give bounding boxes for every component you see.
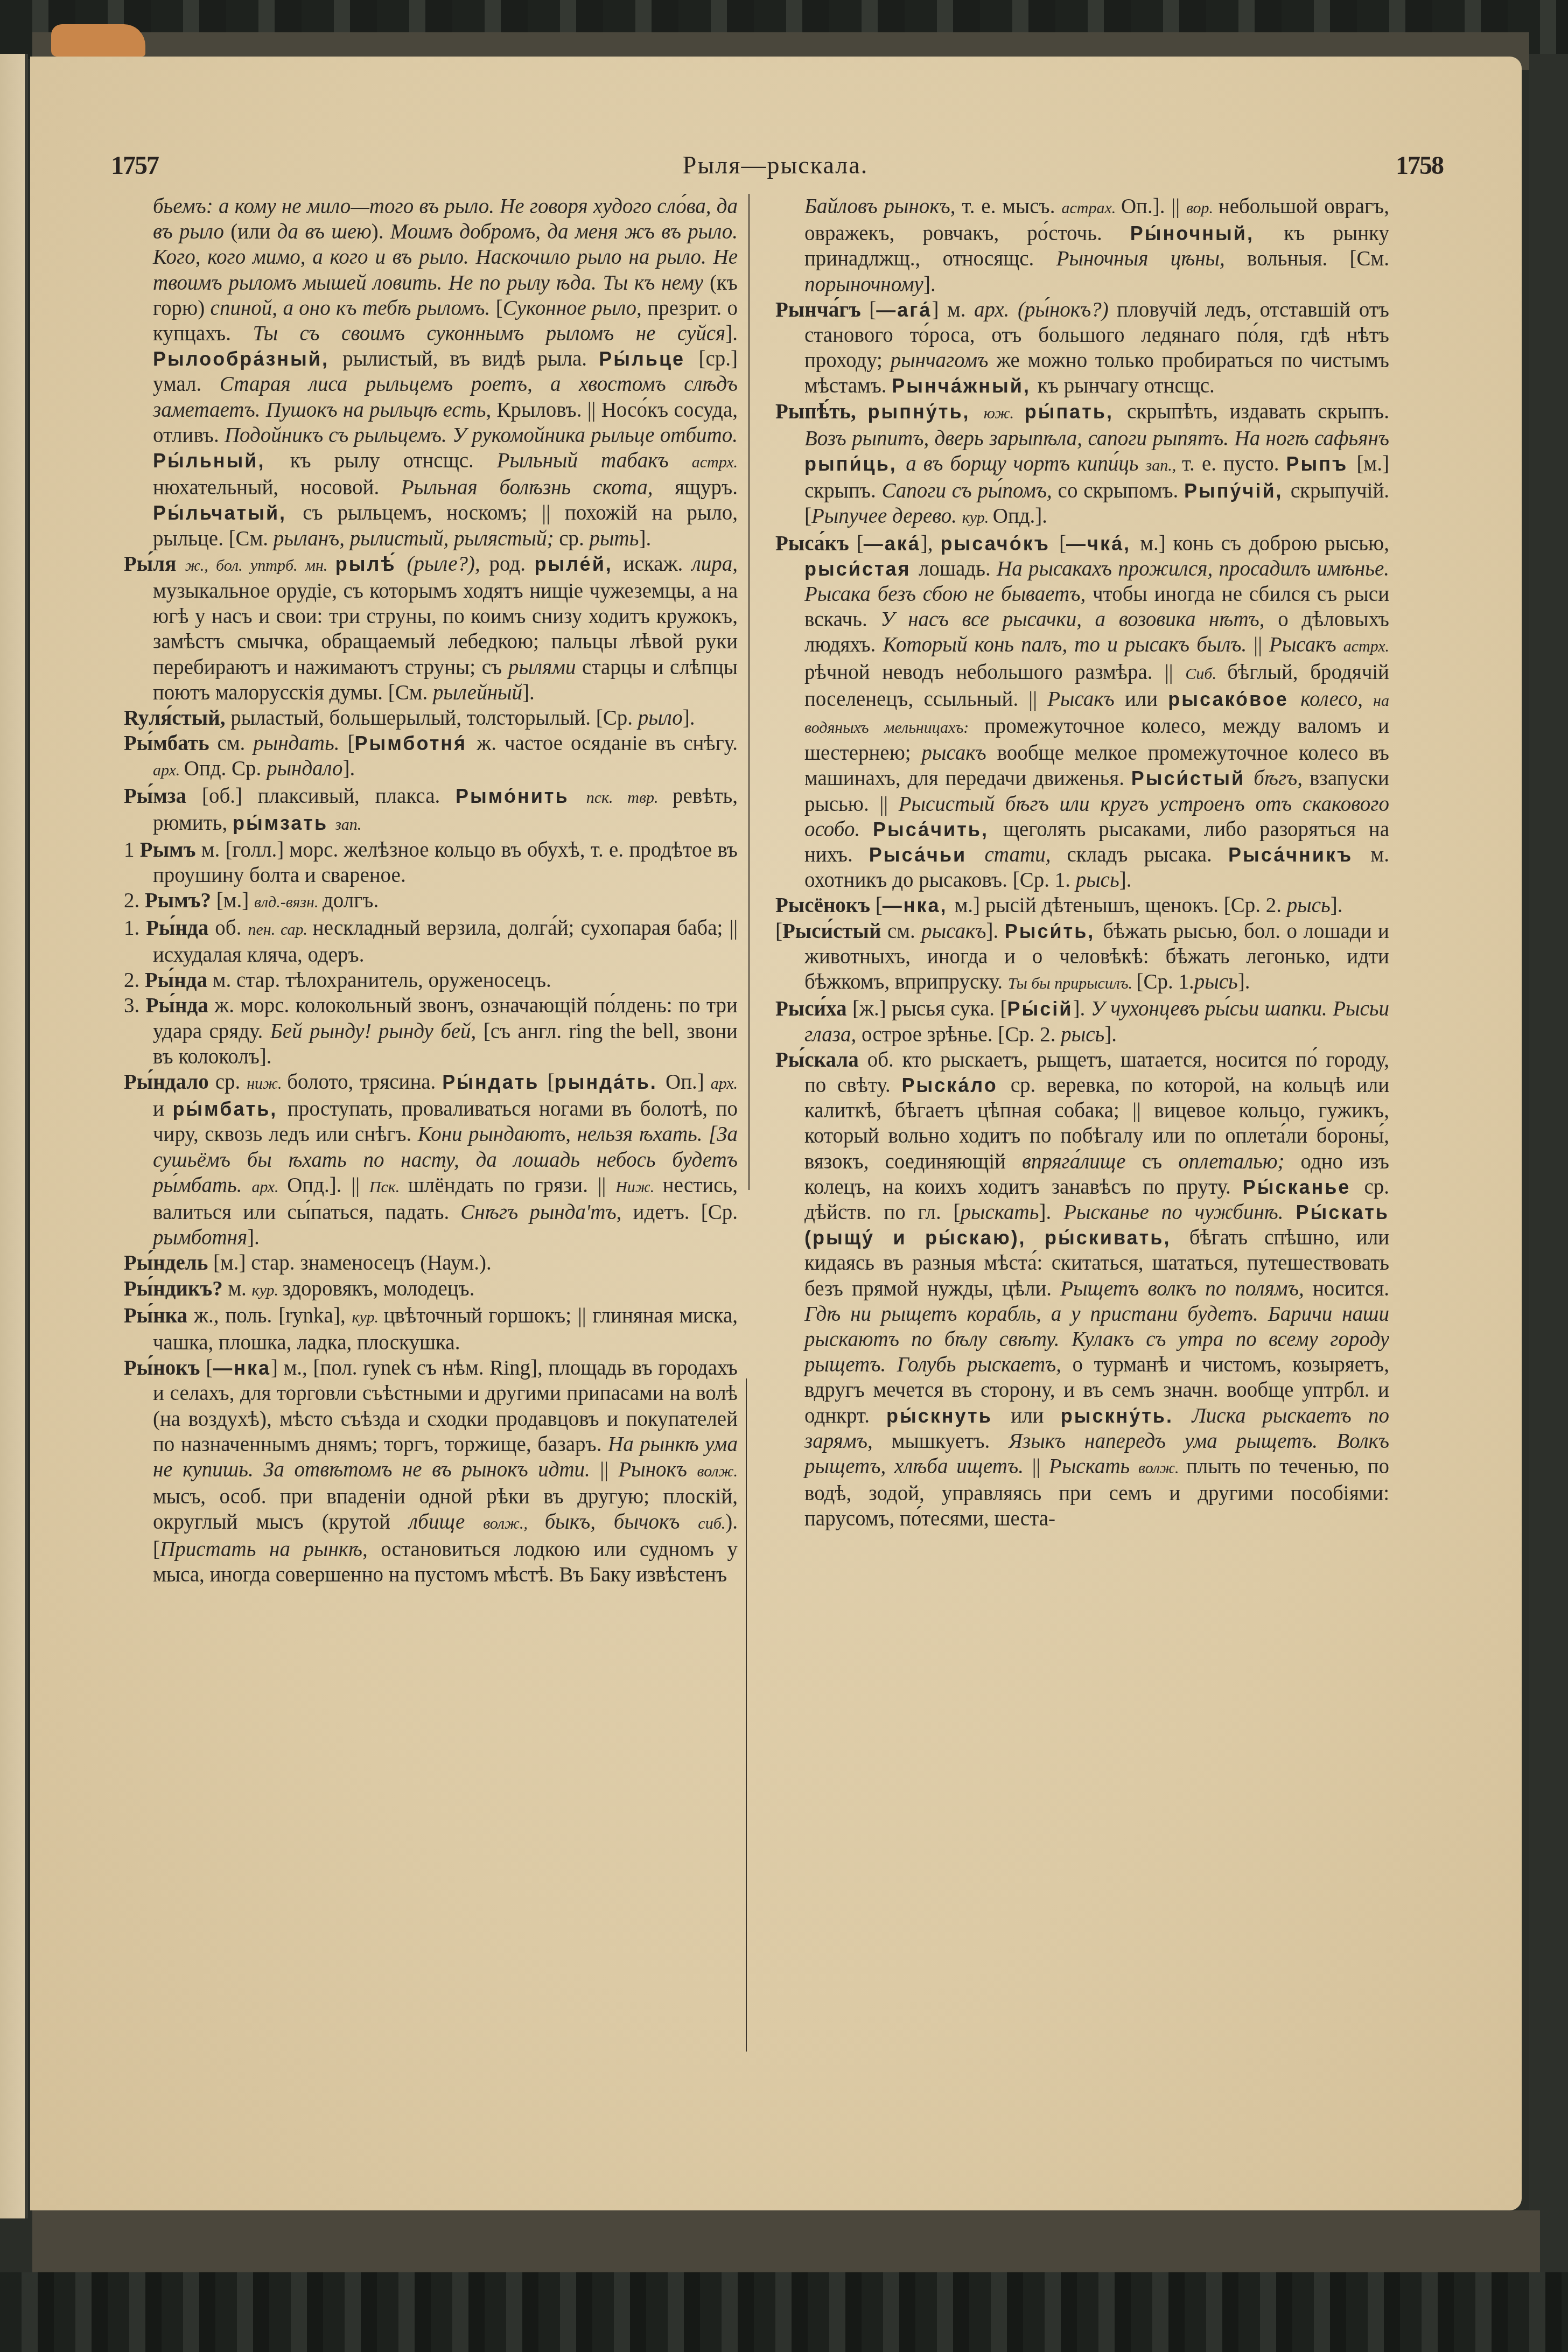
dictionary-entry: Рысёнокъ [—нка, м.] рысій дѣтенышъ, щено… [775, 893, 1389, 918]
definition-text: ж. частое осяданіе въ снѣгу. [477, 732, 738, 755]
definition-text: [ж.] рысья сука. [ [852, 997, 1007, 1020]
region-label: ж., бол. уптрб. мн. [185, 557, 335, 575]
definition-text: нюхательный, носовой. [153, 476, 401, 499]
region-label: зап., [1145, 457, 1182, 474]
subentry-word: Рыса́чникъ [1228, 844, 1371, 866]
example-italic: Который конь палъ, то и рысакъ былъ. [883, 633, 1254, 656]
example-italic: (рыле?), [407, 552, 489, 576]
definition-text: ]. [1039, 1201, 1064, 1224]
definition-text: ]. [1104, 1023, 1117, 1046]
region-label: сиб. [698, 1515, 725, 1532]
region-label: Пск. [369, 1178, 408, 1196]
dictionary-entry: Ры́нокъ [—нка] м., [пол. rynek съ нѣм. R… [124, 1355, 738, 1587]
definition-text: 3. [124, 994, 146, 1017]
definition-text: ]. [343, 757, 355, 780]
example-italic: быкъ, бычокъ [545, 1510, 698, 1534]
region-label: Ты бы прирысилъ. [1008, 975, 1137, 992]
region-label: зап. [335, 816, 361, 834]
definition-text: ]. [1073, 997, 1090, 1020]
example-italic: рысакъ [921, 920, 986, 943]
headword: Рыси́ха [775, 997, 852, 1020]
dictionary-entry: 3. Ры́нда ж. морс. колокольный звонъ, оз… [124, 993, 738, 1069]
definition-text: носится. [1313, 1277, 1389, 1300]
definition-text: ] м. [932, 298, 974, 321]
column-divider [748, 194, 750, 1190]
definition-text: рѣчной неводъ небольшого размѣра. || [804, 661, 1185, 684]
running-title: Рыля—рыскала. [108, 151, 1443, 179]
definition-text: (или [230, 220, 277, 243]
subentry-word: Ры́льный, [153, 450, 290, 472]
definition-text: ]. [1331, 894, 1343, 917]
definition-text: острое зрѣнье. [Ср. 2. [862, 1023, 1061, 1046]
definition-text: м. [228, 1277, 251, 1300]
region-label: астрах. [1061, 199, 1121, 217]
left-column: бьемъ: а кому не мило—того въ рыло. Не г… [124, 194, 738, 1587]
headword: Ры́ндало [124, 1070, 215, 1094]
dictionary-entry: Ры́мза [об.] плаксивый, плакса. Рымо́нит… [124, 783, 738, 837]
definition-text: т. е. мысъ. [962, 195, 1062, 218]
subentry-word: Рынча́жный, [892, 375, 1038, 397]
definition-text: складъ рысака. [1067, 843, 1228, 866]
book-cover-bottom [0, 2272, 1568, 2352]
dictionary-entry: Рыси́ха [ж.] рысья сука. [Ры́сій]. У чух… [775, 996, 1389, 1047]
example-italic: оплеталью; [1178, 1150, 1300, 1173]
definition-text: ж., поль. [rynka], [194, 1304, 352, 1327]
definition-text: шлёндать по грязи. || [408, 1174, 615, 1197]
definition-text: [ [1059, 532, 1066, 555]
example-italic: а въ борщу чортъ кипи́ць [906, 452, 1145, 475]
subentry-word: ры́мзать [233, 812, 335, 834]
definition-text: об. [867, 1048, 902, 1072]
example-italic: рысакъ [922, 741, 997, 765]
example-italic: рыланъ, рылистый, рылястый; [274, 527, 559, 550]
entry-continuation: Байловъ рынокъ, т. е. мысъ. астрах. Оп.]… [775, 194, 1389, 297]
book-cover-right [1529, 54, 1568, 2288]
headword: Рымъ [140, 838, 201, 862]
definition-text: ]. [247, 1226, 260, 1249]
definition-text: Оп.]. || [1121, 195, 1186, 218]
region-label: пен. сар. [248, 921, 312, 939]
definition-text: и [153, 1097, 172, 1121]
headword: Ры́нка [124, 1304, 194, 1327]
definition-text: 1 [124, 838, 140, 862]
definition-text: къ рынчагу отнсщс. [1038, 374, 1215, 397]
dictionary-entry: Рыса́къ [—ака́], рысачо́къ [—чка́, м.] к… [775, 531, 1389, 893]
dictionary-entry: Ryля́стый, рыластый, большерылый, толсто… [124, 705, 738, 731]
example-italic: рысь [1061, 1023, 1104, 1046]
dictionary-entry: 1 Рымъ м. [голл.] морс. желѣзное кольцо … [124, 837, 738, 888]
region-label: кур. [352, 1308, 384, 1326]
example-italic: рыло [638, 706, 683, 730]
definition-text: род. [489, 552, 534, 576]
definition-text: [Ср. 1. [1136, 970, 1194, 993]
subentry-word: Рыпу́чій, [1184, 480, 1291, 502]
definition-text: ]. [923, 273, 936, 296]
definition-text: Оп.] [666, 1070, 711, 1094]
subentry-word: Рыси́ть, [1005, 920, 1103, 942]
definition-text: см. [218, 732, 254, 755]
example-italic: спиной, а оно къ тебѣ рыломъ. [211, 297, 496, 320]
definition-text: 1. [124, 916, 146, 940]
region-label: астрх. [692, 453, 738, 471]
subentry-word: рында́ть. [555, 1071, 666, 1093]
headword: Ры́ндикъ? [124, 1277, 228, 1300]
dictionary-entry: Ры́ля ж., бол. уптрб. мн. рылѣ́ (рыле?),… [124, 551, 738, 705]
region-label: юж. [984, 404, 1025, 422]
definition-text: идетъ. [Ср. [633, 1201, 738, 1224]
definition-text: искаж. [624, 552, 692, 576]
example-italic: рылями [508, 656, 582, 679]
subentry-word: Рымботня́ [354, 732, 477, 754]
example-italic: Рынокъ [619, 1458, 697, 1481]
example-italic: Рыскать [1049, 1455, 1138, 1478]
subentry-word: рыси́стая [804, 558, 919, 580]
example-italic: рындало [267, 757, 342, 780]
subentry-word: Ры́сій [1007, 998, 1073, 1020]
definition-text: [м.] стар. знаменосецъ (Наум.). [213, 1251, 492, 1275]
definition-text: м.] конь съ доброю рысью, [1140, 532, 1389, 555]
definition-text: лошадь. [919, 557, 997, 580]
example-italic: Бей рынду! рынду бей, [270, 1020, 484, 1043]
definition-text: [ [206, 1356, 213, 1380]
definition-text: ]. [1119, 869, 1132, 892]
entry-continuation: бьемъ: а кому не мило—того въ рыло. Не г… [124, 194, 738, 551]
subentry-word: ры́пать, [1025, 401, 1127, 423]
dictionary-entry: Ры́скала об. кто рыскаетъ, рыщетъ, шатае… [775, 1047, 1389, 1532]
definition-text: [ [876, 894, 883, 917]
example-italic: Пристать на рынкѣ, [160, 1538, 381, 1561]
example-italic: Возъ рыпитъ, дверь зарыпѣла, сапоги рыпя… [804, 427, 1389, 450]
headword: Рыпѣ́ть, [775, 400, 868, 423]
headword: Рыси́стый [782, 920, 887, 943]
region-label: вор. [1186, 199, 1219, 217]
definition-text: м. стар. тѣлохранитель, оруженосецъ. [213, 969, 551, 992]
subentry-word: Ры́льчатый, [153, 502, 303, 524]
page-header: 1757 Рыля—рыскала. 1758 [108, 151, 1443, 183]
subentry-word: рыпи́ць, [804, 453, 906, 475]
definition-text: ]. [683, 706, 695, 730]
definition-text: со скрыпомъ. [1058, 479, 1184, 502]
example-italic: Рысканье по чужбинѣ. [1063, 1201, 1296, 1224]
subentry-word: рысачо́къ [940, 533, 1059, 555]
dictionary-entry: 2. Ры́нда м. стар. тѣлохранитель, оружен… [124, 968, 738, 993]
subentry-word: рыле́й, [534, 553, 623, 575]
definition-text: ], [921, 532, 941, 555]
definition-text: ]. [1238, 970, 1250, 993]
dictionary-entry: Ры́мбать см. рындать. [Рымботня́ ж. част… [124, 731, 738, 783]
headword: Ры́мза [124, 785, 202, 808]
headword: Ры́ля [124, 552, 185, 576]
dictionary-entry: 1. Ры́нда об. пен. сар. нескладный верзи… [124, 915, 738, 968]
region-label: волж., [483, 1515, 545, 1532]
example-italic: Рыльный табакъ [497, 449, 692, 472]
subentry-word: —чка́, [1066, 533, 1140, 555]
dictionary-entry: Ры́ндало ср. ниж. болото, трясина. Ры́нд… [124, 1069, 738, 1250]
example-italic: У насъ все рысачки, а возовика нѣтъ, [880, 608, 1278, 631]
right-column: Байловъ рынокъ, т. е. мысъ. астрах. Оп.]… [775, 194, 1389, 1532]
example-italic: бѣгъ, [1254, 767, 1310, 790]
dictionary-entry: Рыпѣ́ть, рыпну́ть, юж. ры́пать, скрыпѣть… [775, 399, 1389, 531]
definition-text: ср. [215, 1070, 247, 1094]
definition-text: [ [869, 298, 876, 321]
example-italic: Суконное рыло, [503, 297, 648, 320]
subentry-word: Ры́ночный, [1130, 222, 1284, 244]
example-italic: рысь [1076, 869, 1119, 892]
definition-text: || [1032, 1455, 1049, 1478]
definition-text: долгъ. [323, 889, 379, 912]
dictionary-entry: Ры́ндель [м.] стар. знаменосецъ (Наум.). [124, 1250, 738, 1276]
definition-text: 2. [124, 969, 145, 992]
region-label: астрх. [1343, 638, 1389, 655]
definition-text: ]. [986, 920, 1004, 943]
subentry-word: Рыпъ [1286, 453, 1357, 475]
book-spine-band-bottom [32, 2210, 1540, 2278]
region-label: Сиб. [1185, 665, 1227, 683]
subentry-word: —ака́ [864, 533, 921, 555]
example-italic: рынчагомъ [891, 349, 996, 372]
definition-text: [ [857, 532, 864, 555]
definition-text: къ рылу отнсщс. [290, 449, 497, 472]
subentry-word: —нка, [883, 894, 955, 916]
example-italic: рыть [590, 527, 639, 550]
example-italic: колесо, [1300, 688, 1373, 711]
subentry-word: Ры́льце [599, 348, 698, 370]
example-italic: рындать. [253, 732, 347, 755]
example-italic: Сапоги съ ры́помъ, [882, 479, 1058, 502]
definition-text: об. [215, 916, 248, 940]
definition-text: ]. [639, 527, 651, 550]
region-label: кур. [962, 509, 993, 527]
subentry-word: Рыси́стый [1131, 767, 1254, 789]
subentry-word: —ага́ [876, 299, 932, 321]
definition-text: ср. [559, 527, 589, 550]
definition-text: [ [775, 920, 782, 943]
subentry-word: рылѣ́ [335, 553, 407, 575]
subentry-word: рыскну́ть. [1061, 1405, 1192, 1427]
region-label: арх. [153, 761, 184, 779]
example-italic: да въ шею [277, 220, 372, 243]
definition-text: [м.] [216, 889, 254, 912]
definition-text: ]. [725, 322, 738, 345]
subentry-word: ры́мбать, [172, 1098, 288, 1120]
subentry-word: рысако́вое [1168, 688, 1300, 710]
subentry-word: Ры́сканье [1243, 1176, 1364, 1198]
definition-text: || [1254, 633, 1269, 656]
definition-text: м. [голл.] морс. [201, 838, 344, 862]
headword: Ры́нокъ [124, 1356, 206, 1380]
subentry-word: Ры́ндать [442, 1071, 547, 1093]
subentry-word: Рымо́нить [456, 785, 586, 807]
subentry-word: Рыса́чьи [869, 844, 985, 866]
headword: Ры́нда [145, 969, 213, 992]
region-label: ниж. [247, 1075, 287, 1093]
dictionary-entry: [Рыси́стый см. рысакъ]. Рыси́ть, бѣжать … [775, 919, 1389, 997]
definition-text: || [600, 1458, 618, 1481]
definition-text: [ [347, 732, 354, 755]
region-label: пск. твр. [586, 789, 673, 807]
definition-text: Опд.]. || [287, 1174, 369, 1197]
dictionary-entry: Ры́ндикъ? м. кур. здоровякъ, молодецъ. [124, 1276, 738, 1303]
definition-text: болото, трясина. [287, 1070, 442, 1094]
definition-text: [об.] плаксивый, плакса. [202, 785, 456, 808]
example-italic: рылейный [433, 681, 522, 704]
definition-text: здоровякъ, молодецъ. [283, 1277, 475, 1300]
definition-text: 2. [124, 889, 145, 912]
page-number-right: 1758 [1396, 151, 1443, 180]
example-italic: лира, [692, 552, 738, 576]
example-italic: рымботня [153, 1226, 247, 1249]
definition-text: т. е. пусто. [1182, 452, 1286, 475]
example-italic: Снѣгъ рында'тъ, [460, 1201, 633, 1224]
dictionary-entry: Рынча́гъ [—ага́] м. арх. (ры́нокъ?) плов… [775, 297, 1389, 399]
dictionary-entry: Ры́нка ж., поль. [rynka], кур. цвѣточный… [124, 1303, 738, 1355]
cover-damage-patch [51, 24, 145, 57]
example-italic: Рыльная болѣзнь скота, [401, 476, 675, 499]
definition-text: вольныя. [См. [1247, 247, 1389, 270]
definition-text: ]. [522, 681, 535, 704]
definition-text: [ [496, 297, 503, 320]
example-italic: Подойникъ съ рыльцемъ. У рукомойника рыл… [225, 424, 738, 447]
example-italic: стати, [985, 843, 1067, 866]
example-italic: рыскать [961, 1201, 1039, 1224]
subentry-word: —нка [213, 1357, 271, 1379]
subentry-word: Рыска́ло [902, 1074, 1011, 1096]
definition-text: рыластый, большерылый, толсторылый. [Ср. [230, 706, 638, 730]
definition-text: или [1125, 688, 1168, 711]
headword: Ры́ндель [124, 1251, 213, 1275]
region-label: волж. [1138, 1459, 1186, 1477]
example-italic: Рыночныя цѣны, [1056, 247, 1247, 270]
definition-text: съ [1142, 1150, 1179, 1173]
definition-text: или [1011, 1404, 1060, 1427]
definition-text: [ [548, 1070, 555, 1094]
headword: Рынча́гъ [775, 298, 869, 321]
region-label: кур. [252, 1282, 283, 1299]
subentry-word: Рылообра́зный, [153, 348, 342, 370]
example-italic: Рысакъ [1269, 633, 1343, 656]
definition-text: рылистый, въ видѣ рыла. [342, 347, 599, 370]
headword: Ryля́стый, [124, 706, 230, 730]
headword: Рысёнокъ [775, 894, 876, 917]
example-italic: порыночному [804, 273, 923, 296]
example-italic: Байловъ рынокъ, [804, 195, 962, 218]
headword: Ры́мбать [124, 732, 218, 755]
subentry-word: ры́скнуть [886, 1405, 1011, 1427]
subentry-word: рыпну́ть, [868, 401, 984, 423]
example-italic: Рысакъ [1047, 688, 1125, 711]
definition-text: см. [887, 920, 921, 943]
dictionary-entry: 2. Рымъ? [м.] влд.-вязн. долгъ. [124, 888, 738, 915]
column-divider-lower [746, 1378, 747, 2052]
definition-text: Опд. Ср. [184, 757, 267, 780]
previous-page-edge [0, 54, 28, 2218]
headword: Ры́нда [146, 994, 215, 1017]
definition-text: ящуръ. [675, 476, 738, 499]
region-label: волж. [697, 1462, 738, 1480]
example-italic: рысь [1287, 894, 1331, 917]
definition-text: мышкуетъ. [892, 1430, 1009, 1453]
definition-text: ). [372, 220, 390, 243]
definition-text: м.] рысій дѣтенышъ, щенокъ. [Ср. 2. [955, 894, 1287, 917]
example-italic: впряга́лище [1022, 1150, 1142, 1173]
region-label: Ниж. [615, 1178, 663, 1196]
subentry-word: Рыса́чить, [873, 818, 1003, 841]
region-label: влд.-вязн. [254, 893, 323, 911]
example-italic: арх. (ры́нокъ?) [974, 298, 1117, 321]
example-italic: рысь [1194, 970, 1238, 993]
example-italic: Рыпучее дерево. [811, 505, 962, 528]
headword: Ры́нда [146, 916, 215, 940]
headword: Рымъ? [145, 889, 216, 912]
example-italic: лбище [409, 1510, 483, 1534]
definition-text: Опд.]. [993, 505, 1047, 528]
headword: Рыса́къ [775, 532, 857, 555]
example-italic: Рыщетъ волкъ по полямъ, [1060, 1277, 1313, 1300]
definition-text: скрыпѣть, издавать скрыпъ. [1127, 400, 1389, 423]
headword: Ры́скала [775, 1048, 867, 1072]
region-label: арх. [251, 1178, 287, 1196]
region-label: арх. [711, 1075, 738, 1093]
example-italic: Ты съ своимъ суконнымъ рыломъ не суйся [253, 322, 725, 345]
